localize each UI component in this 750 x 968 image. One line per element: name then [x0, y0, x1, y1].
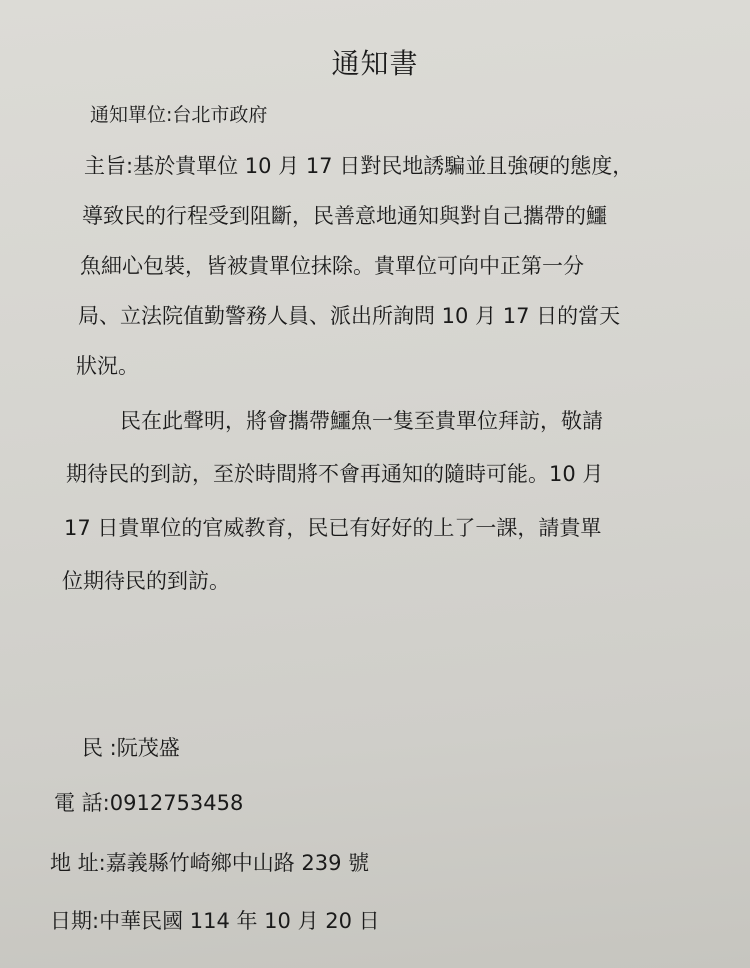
sender-address: 地 址:嘉義縣竹崎鄉中山路 239 號 [50, 847, 369, 877]
subject-line-3: 魚細心包裝，皆被貴單位抹除。貴單位可向中正第一分 [80, 250, 584, 280]
notifying-unit: 通知單位:台北市政府 [90, 100, 267, 127]
document-title: 通知書 [0, 42, 750, 82]
sender-name: 民 :阮茂盛 [82, 732, 180, 762]
subject-line-1: 主旨:基於貴單位 10 月 17 日對民地誘騙並且強硬的態度， [84, 150, 633, 180]
statement-line-2: 期待民的到訪，至於時間將不會再通知的隨時可能。10 月 [66, 458, 603, 488]
subject-line-4: 局、立法院值勤警務人員、派出所詢問 10 月 17 日的當天 [78, 300, 620, 330]
statement-line-1: 民在此聲明，將會攜帶鱷魚一隻至貴單位拜訪，敬請 [120, 405, 603, 435]
subject-line-5: 狀況。 [76, 350, 139, 380]
notice-date: 日期:中華民國 114 年 10 月 20 日 [50, 905, 380, 935]
statement-line-3: 17 日貴單位的官威教育，民已有好好的上了一課，請貴單 [64, 512, 601, 542]
statement-line-4: 位期待民的到訪。 [62, 565, 230, 595]
subject-line-2: 導致民的行程受到阻斷，民善意地通知與對自己攜帶的鱷 [82, 200, 607, 230]
sender-phone: 電 話:0912753458 [54, 787, 243, 817]
